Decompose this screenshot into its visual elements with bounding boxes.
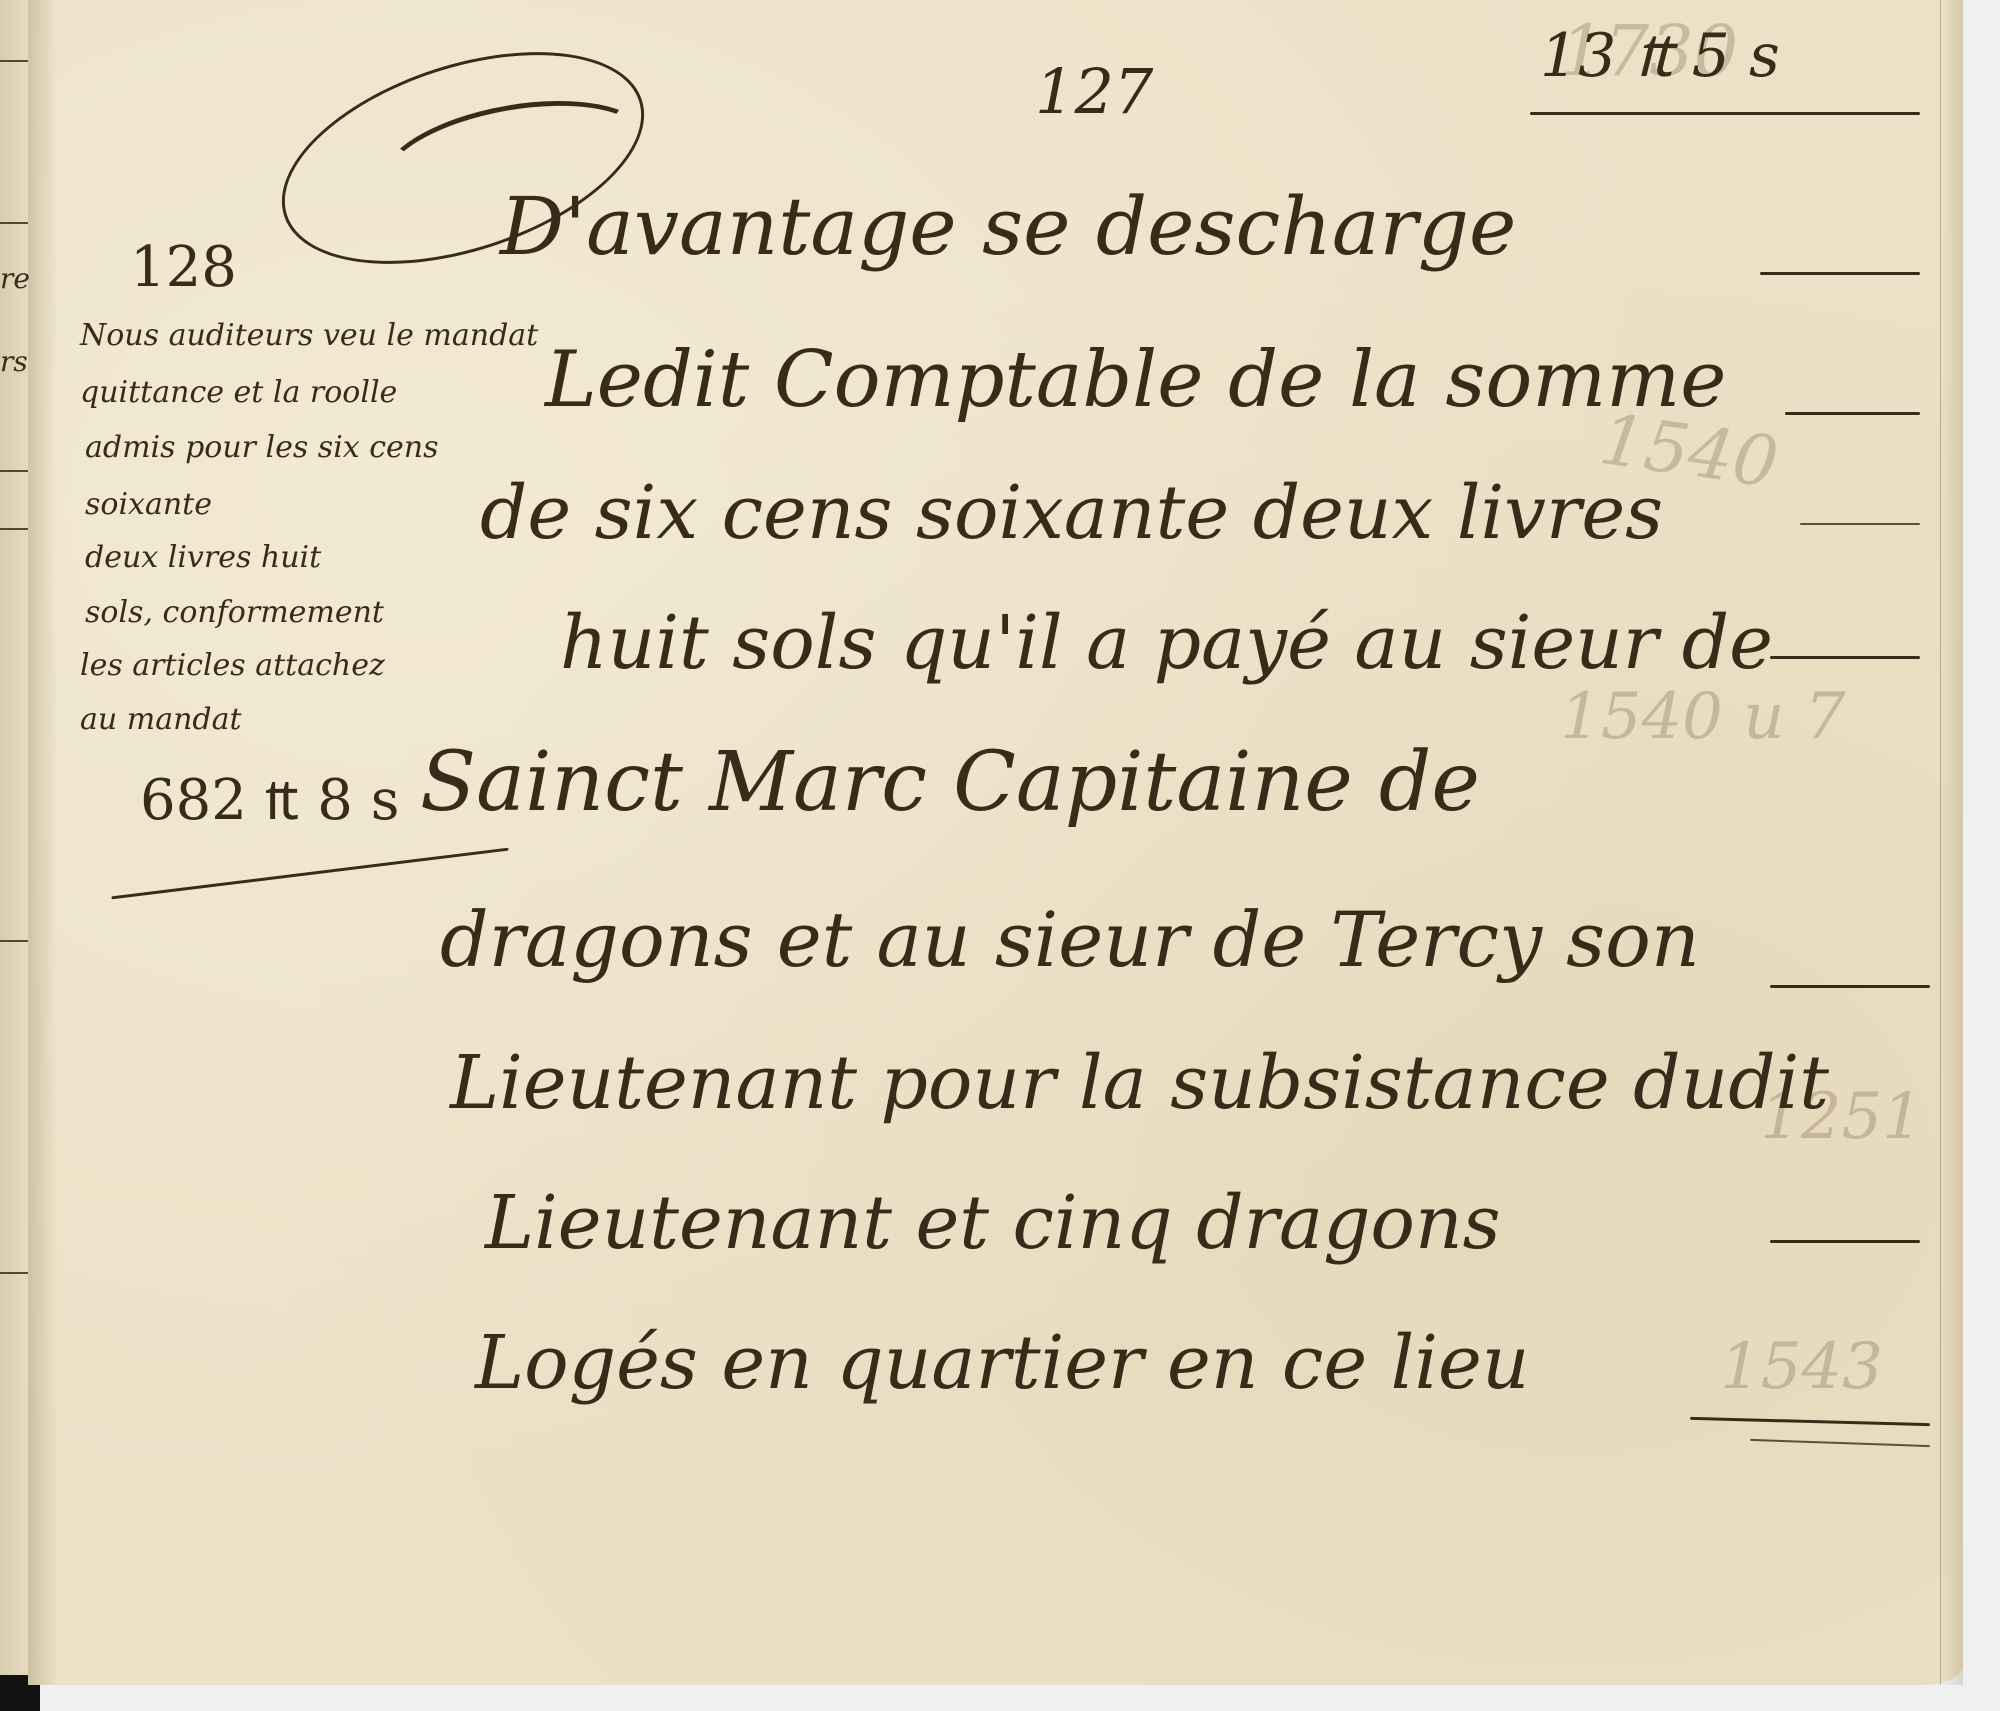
left-page-rule bbox=[0, 60, 28, 62]
margin-note-line: admis pour les six cens bbox=[85, 430, 439, 465]
margin-note-number: 128 bbox=[130, 235, 237, 300]
margin-note-line: sols, conformement bbox=[85, 595, 384, 630]
left-page-rule bbox=[0, 1272, 28, 1274]
left-page-rule bbox=[0, 940, 28, 942]
page-right-edge bbox=[1940, 0, 1963, 1685]
top-right-amount: 13 ₶ 5 s bbox=[1540, 12, 1780, 94]
left-page-rule bbox=[0, 222, 28, 224]
line-filler bbox=[1800, 523, 1920, 525]
page-gutter bbox=[28, 0, 58, 1685]
entry-line-6: dragons et au sieur de Tercy son bbox=[440, 895, 1700, 984]
entry-line-4: huit sols qu'il a payé au sieur de bbox=[560, 600, 1773, 686]
margin-note-line: les articles attachez bbox=[80, 648, 385, 683]
entry-line-8: Lieutenant et cinq dragons bbox=[485, 1180, 1501, 1266]
margin-note-line: soixante bbox=[85, 487, 212, 522]
left-facing-page bbox=[0, 0, 30, 1680]
line-filler bbox=[1760, 272, 1920, 275]
left-page-rule bbox=[0, 470, 28, 472]
page-number: 127 bbox=[1035, 55, 1153, 128]
margin-note-line: Nous auditeurs veu le mandat bbox=[80, 318, 538, 353]
margin-note-line: quittance et la roolle bbox=[80, 375, 397, 410]
entry-line-7: Lieutenant pour la subsistance dudit bbox=[450, 1040, 1829, 1126]
margin-note-line: deux livres huit bbox=[85, 540, 321, 575]
entry-line-1: D'avantage se descharge bbox=[500, 180, 1516, 273]
left-page-fragment: re bbox=[0, 262, 30, 295]
line-filler bbox=[1770, 1240, 1920, 1243]
bleed-through-number: 1540 u 7 bbox=[1560, 680, 1846, 754]
entry-line-9: Logés en quartier en ce lieu bbox=[475, 1320, 1529, 1406]
margin-note-total: 682 ₶ 8 s bbox=[140, 760, 399, 836]
bleed-through-number: 1543 bbox=[1720, 1330, 1883, 1404]
margin-note-line: au mandat bbox=[80, 702, 242, 737]
entry-line-5: Sainct Marc Capitaine de bbox=[420, 735, 1480, 830]
line-filler bbox=[1770, 656, 1920, 659]
left-page-rule bbox=[0, 528, 28, 530]
amount-underline bbox=[1530, 112, 1920, 115]
left-page-fragment: rs bbox=[0, 345, 28, 378]
line-filler bbox=[1785, 412, 1920, 415]
line-filler bbox=[1770, 985, 1930, 988]
entry-line-3: de six cens soixante deux livres bbox=[480, 470, 1663, 556]
entry-line-2: Ledit Comptable de la somme bbox=[545, 335, 1726, 425]
